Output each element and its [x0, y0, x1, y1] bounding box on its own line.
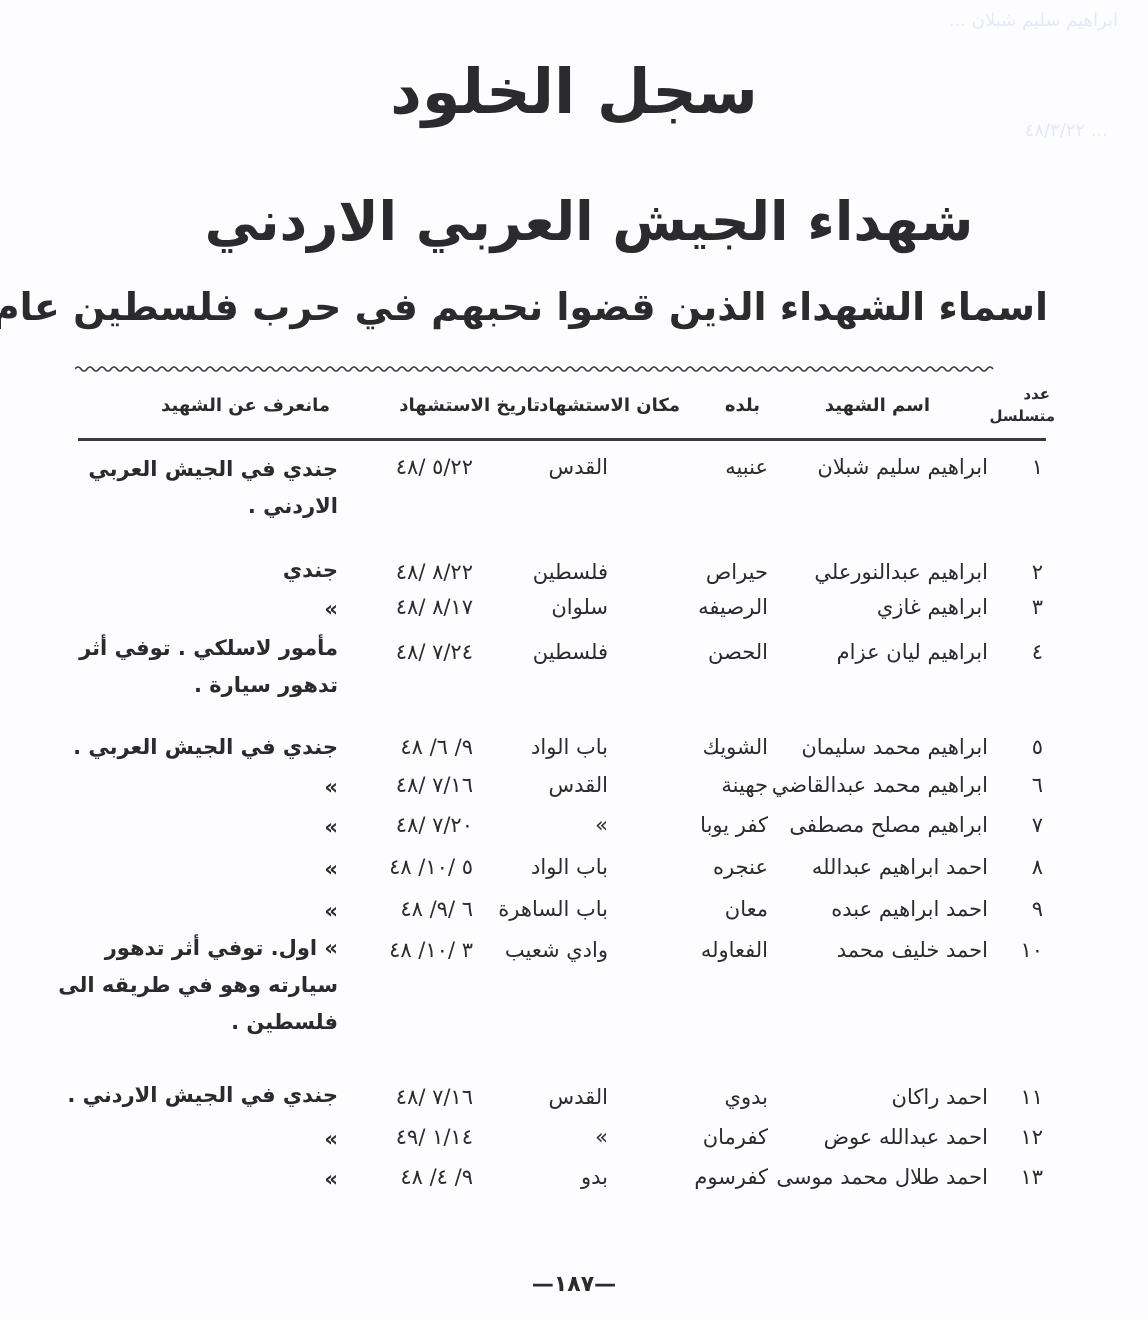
- cell-serial: ٦: [1032, 773, 1043, 797]
- cell-name: ابراهيم محمد سليمان: [801, 735, 988, 759]
- cell-town: حيراص: [706, 560, 768, 584]
- cell-place: القدس: [548, 1085, 608, 1109]
- cell-serial: ٧: [1032, 813, 1043, 837]
- header-note: مانعرف عن الشهيد: [161, 395, 330, 416]
- header-serial-line2: متسلسل: [990, 407, 1055, 425]
- cell-serial: ٥: [1032, 735, 1043, 759]
- cell-note: جندي في الجيش العربي .: [38, 729, 338, 766]
- cell-place: فلسطين: [533, 640, 608, 664]
- cell-note: مأمور لاسلكي . توفي أثر تدهور سيارة .: [38, 630, 338, 704]
- cell-serial: ١٠: [1020, 938, 1043, 962]
- cell-town: الرصيفه: [698, 595, 768, 619]
- cell-place: باب الساهرة: [498, 897, 608, 921]
- cell-name: احمد ابراهيم عبدالله: [812, 855, 988, 879]
- cell-place: بدو: [581, 1165, 608, 1189]
- document-page: ابراهيم سليم شبلان ... ... ٤٨/٣/٢٢ سجل ا…: [0, 0, 1148, 1320]
- cell-name: احمد عبدالله عوض: [824, 1125, 988, 1149]
- cell-serial: ١٣: [1020, 1165, 1043, 1189]
- cell-date: ٣ /١٠/ ٤٨: [389, 938, 473, 962]
- cell-note: »: [38, 1161, 338, 1198]
- cell-note: جندي في الجيش العربي الاردني .: [38, 451, 338, 525]
- cell-town: كفرمان: [703, 1125, 768, 1149]
- cell-town: عنجره: [713, 855, 768, 879]
- cell-name: ابراهيم عبدالنورعلي: [814, 560, 988, 584]
- cell-name: احمد طلال محمد موسى: [776, 1165, 988, 1189]
- cell-date: ٩/ ٦/ ٤٨: [400, 735, 473, 759]
- cell-place: سلوان: [551, 595, 608, 619]
- cell-serial: ٩: [1032, 897, 1043, 921]
- cell-serial: ١١: [1020, 1085, 1043, 1109]
- cell-date: ٧/٢٠ /٤٨: [396, 813, 473, 837]
- cell-note: »: [38, 769, 338, 806]
- cell-town: جهينة: [721, 773, 768, 797]
- cell-town: كفر يوبا: [700, 813, 768, 837]
- cell-town: معان: [725, 897, 768, 921]
- cell-date: ٦ /٩/ ٤٨: [400, 897, 473, 921]
- cell-name: ابراهيم محمد عبدالقاضي: [772, 773, 988, 797]
- cell-place: القدس: [548, 773, 608, 797]
- cell-town: بدوي: [725, 1085, 768, 1109]
- header-rule: [78, 438, 1046, 441]
- cell-serial: ٢: [1032, 560, 1043, 584]
- cell-serial: ٤: [1032, 640, 1043, 664]
- cell-date: ٧/١٦ /٤٨: [396, 1085, 473, 1109]
- cell-town: الحصن: [708, 640, 768, 664]
- cell-place: باب الواد: [531, 735, 608, 759]
- cell-name: احمد ابراهيم عبده: [831, 897, 988, 921]
- cell-note: جندي: [38, 552, 338, 589]
- page-title: سجل الخلود: [0, 55, 1148, 128]
- cell-town: عنبيه: [725, 455, 768, 479]
- cell-date: ٩/ ٤/ ٤٨: [400, 1165, 473, 1189]
- cell-name: ابراهيم مصلح مصطفى: [789, 813, 988, 837]
- header-town: بلده: [725, 395, 760, 416]
- cell-serial: ١٢: [1020, 1125, 1043, 1149]
- cell-place: فلسطين: [533, 560, 608, 584]
- header-name: اسم الشهيد: [825, 395, 930, 416]
- page-subtitle: شهداء الجيش العربي الاردني: [0, 190, 1148, 253]
- cell-date: ٨/١٧ /٤٨: [396, 595, 473, 619]
- cell-date: ٥ /١٠/ ٤٨: [389, 855, 473, 879]
- bleed-through-text: ابراهيم سليم شبلان ...: [949, 10, 1118, 31]
- cell-place: القدس: [548, 455, 608, 479]
- cell-serial: ٣: [1032, 595, 1043, 619]
- header-serial-line1: عدد: [1023, 385, 1050, 403]
- cell-note: »: [38, 851, 338, 888]
- cell-name: ابراهيم غازي: [877, 595, 988, 619]
- section-heading: اسماء الشهداء الذين قضوا نحبهم في حرب فل…: [48, 285, 1048, 329]
- cell-note: »: [38, 809, 338, 846]
- cell-place: باب الواد: [531, 855, 608, 879]
- cell-note: »: [38, 591, 338, 628]
- cell-town: كفرسوم: [694, 1165, 768, 1189]
- cell-name: احمد راكان: [892, 1085, 988, 1109]
- header-date: تاريخ الاستشهاد: [399, 395, 540, 416]
- cell-note: » اول. توفي أثر تدهور سيارته وهو في طريق…: [38, 930, 338, 1041]
- cell-name: احمد خليف محمد: [837, 938, 988, 962]
- cell-date: ٧/٢٤ /٤٨: [396, 640, 473, 664]
- cell-date: ٨/٢٢ /٤٨: [396, 560, 473, 584]
- header-place: مكان الاستشهاد: [539, 395, 680, 416]
- cell-date: ٥/٢٢ /٤٨: [396, 455, 473, 479]
- cell-town: الشويك: [703, 735, 768, 759]
- cell-date: ١/١٤ /٤٩: [396, 1125, 473, 1149]
- cell-note: جندي في الجيش الاردني .: [38, 1077, 338, 1114]
- cell-place: »: [595, 1125, 608, 1149]
- page-number: —١٨٧—: [0, 1272, 1148, 1297]
- cell-date: ٧/١٦ /٤٨: [396, 773, 473, 797]
- cell-note: »: [38, 893, 338, 930]
- wavy-divider: [75, 364, 1050, 374]
- cell-serial: ١: [1032, 455, 1043, 479]
- cell-serial: ٨: [1032, 855, 1043, 879]
- table-header: عدد متسلسل اسم الشهيد بلده مكان الاستشها…: [60, 385, 1060, 435]
- cell-name: ابراهيم سليم شبلان: [817, 455, 988, 479]
- cell-name: ابراهيم ليان عزام: [837, 640, 988, 664]
- cell-place: »: [595, 813, 608, 837]
- cell-note: »: [38, 1121, 338, 1158]
- cell-place: وادي شعيب: [505, 938, 608, 962]
- cell-town: الفعاوله: [701, 938, 768, 962]
